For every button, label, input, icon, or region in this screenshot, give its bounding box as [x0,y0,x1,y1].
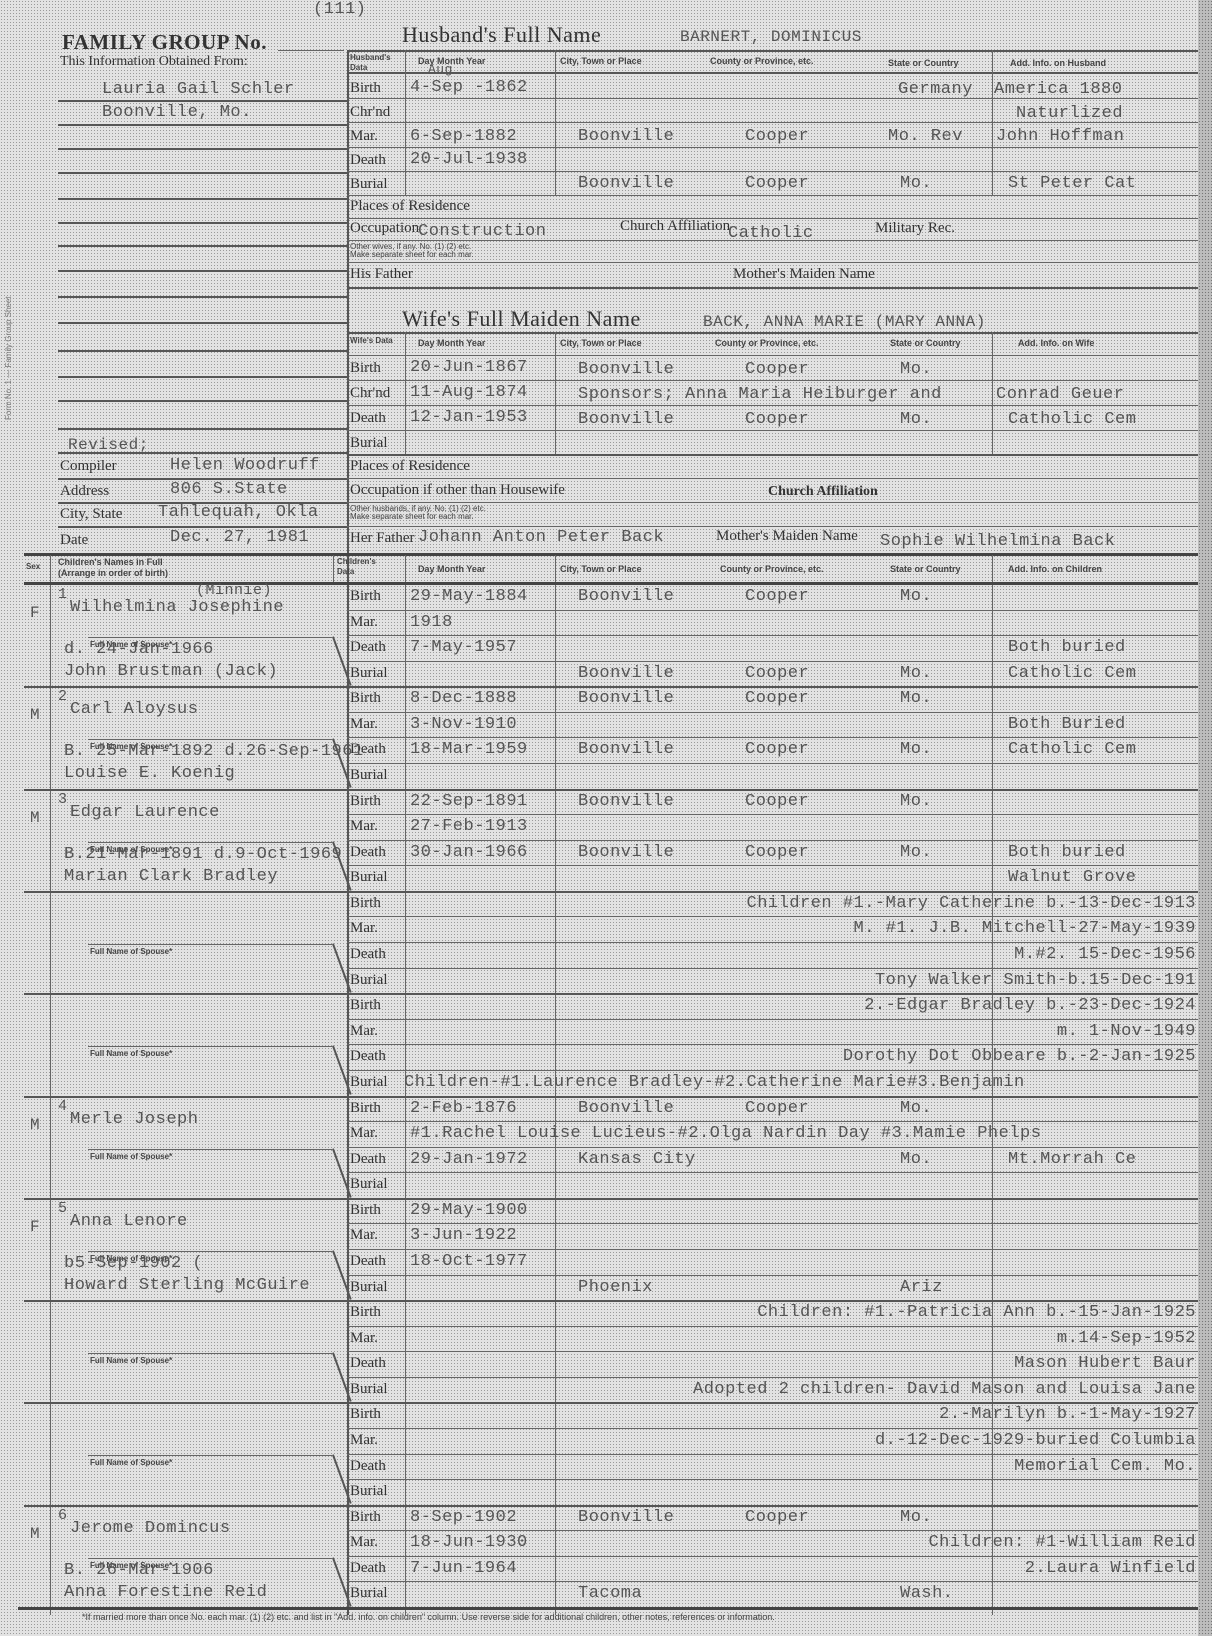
husband-chr-info: Naturlized [1016,104,1123,123]
child-number: 2 [58,688,68,705]
children-county-header: County or Province, etc. [720,564,824,574]
date-label: Date [60,532,88,549]
child-event-label: Burial [350,1381,388,1398]
child-event-city: Boonville [578,1508,674,1527]
printer-note: Form No. 1 — Family Group Sheet [4,230,13,420]
child-spouse-note: B. 25-Mar-1892 d.26-Sep-1961 [64,742,364,761]
child-notes-line: m. 1-Nov-1949 [1057,1022,1196,1041]
child-notes-line: Children: #1.-Patricia Ann b.-15-Jan-192… [757,1303,1196,1322]
child-spouse-name: Marian Clark Bradley [64,867,278,886]
wife-birth-county: Cooper [745,360,809,379]
child-event-city: Phoenix [578,1278,653,1297]
county-header: County or Province, etc. [710,56,814,66]
child-event-label: Mar. [350,1330,378,1347]
children-date-header: Day Month Year [418,564,485,574]
child-event-county: Cooper [745,587,809,606]
child-event-label: Birth [350,895,381,912]
child-event-label: Mar. [350,614,378,631]
husband-burial-county: Cooper [745,174,809,193]
child-event-state: Ariz [900,1278,943,1297]
husband-burial-city: Boonville [578,174,674,193]
child-spouse-name: Howard Sterling McGuire [64,1276,310,1295]
husband-occupation-label: Occupation [350,220,419,237]
child-number: 1 [58,586,68,603]
child-marriage-notes: #1.Rachel Louise Lucieus-#2.Olga Nardin … [410,1124,1041,1143]
child-event-city: Boonville [578,689,674,708]
child-event-city: Boonville [578,664,674,683]
children-names-header: Children's Names in Full [58,557,163,567]
child-name: Merle Joseph [70,1110,198,1129]
child-event-city: Tacoma [578,1584,642,1603]
child-spouse-name: John Brustman (Jack) [64,662,278,681]
wife-name-label: Wife's Full Maiden Name [402,306,641,332]
wife-county-header: County or Province, etc. [715,338,819,348]
spouse-label: Full Name of Spouse* [90,1458,172,1467]
info-source-line-2: Boonville, Mo. [102,103,252,122]
child-event-label: Death [350,1458,386,1475]
child-event-date: 30-Jan-1966 [410,843,528,862]
husband-burial-info: St Peter Cat [1008,174,1136,193]
children-names-sub-header: (Arrange in order of birth) [58,568,168,578]
child-event-date: 3-Nov-1910 [410,715,517,734]
child-event-label: Burial [350,869,388,886]
child-event-county: Cooper [745,843,809,862]
child-event-county: Cooper [745,689,809,708]
child-notes-line: Mason Hubert Baur [1014,1354,1196,1373]
wife-death-city: Boonville [578,410,674,429]
child-notes-line: 2.-Marilyn b.-1-May-1927 [939,1405,1196,1424]
child-event-info: Walnut Grove [1008,868,1136,887]
child-event-label: Burial [350,1483,388,1500]
child-notes-line: Tony Walker Smith-b.15-Dec-191 [875,971,1196,990]
state-header: State or Country [888,58,959,68]
compiler-address: 806 S.State [170,480,288,499]
child-event-label: Death [350,1355,386,1372]
child-notes-line: Children #1.-Mary Catherine b.-13-Dec-19… [747,894,1196,913]
child-event-label: Death [350,1048,386,1065]
child-event-info: Both buried [1008,843,1126,862]
child-event-state: Mo. [900,792,932,811]
child-event-date: 27-Feb-1913 [410,817,528,836]
wife-chr-label: Chr'nd [350,385,390,402]
husband-mar-date: 6-Sep-1882 [410,127,517,146]
child-event-city: Kansas City [578,1150,696,1169]
child-event-state: Mo. [900,843,932,862]
compiler-city: Tahlequah, Okla [158,503,319,522]
spouse-label: Full Name of Spouse* [90,947,172,956]
wife-chr-sponsors: Sponsors; Anna Maria Heiburger and [578,385,942,404]
child-event-date: 18-Jun-1930 [410,1533,528,1552]
child-event-label: Birth [350,588,381,605]
child-event-label: Mar. [350,1432,378,1449]
child-event-label: Death [350,639,386,656]
child-sex: M [30,1525,40,1543]
child-sex: F [30,604,40,622]
husband-birth-date-note: Aug [428,62,453,77]
child-spouse-note: b5-Sep-1902 ( [64,1254,203,1273]
child-notes-line: M.#2. 15-Dec-1956 [1014,945,1196,964]
child-event-date: 7-Jun-1964 [410,1559,517,1578]
wife-chr-date: 11-Aug-1874 [410,383,528,402]
other-husbands-sub: Make separate sheet for each mar. [350,512,474,521]
child-event-label: Death [350,844,386,861]
husband-mar-state: Mo. Rev [888,127,963,146]
wife-burial-label: Burial [350,435,388,452]
child-event-city: Boonville [578,843,674,862]
his-father-label: His Father [350,266,413,283]
child-event-city: Boonville [578,1099,674,1118]
her-mother: Sophie Wilhelmina Back [880,532,1115,551]
child-notes-line: Children: #1-William Reid [928,1533,1196,1552]
child-name: Jerome Domincus [70,1519,231,1538]
wife-death-info: Catholic Cem [1008,410,1136,429]
wife-city-header: City, Town or Place [560,338,642,348]
wife-birth-city: Boonville [578,360,674,379]
child-event-date: 1918 [410,613,453,632]
child-event-state: Mo. [900,1508,932,1527]
husband-name: BARNERT, DOMINICUS [680,28,862,46]
revised-label: Revised; [68,436,149,454]
wife-state-header: State or Country [890,338,961,348]
child-notes-line: 2.-Edgar Bradley b.-23-Dec-1924 [864,996,1196,1015]
husband-birth-state: Germany [898,80,973,99]
child-event-date: 29-May-1900 [410,1201,528,1220]
wife-death-state: Mo. [900,410,932,429]
child-notes-line: Children-#1.Laurence Bradley-#2.Catherin… [404,1073,1025,1092]
his-mother-label: Mother's Maiden Name [733,266,875,283]
child-sex: M [30,809,40,827]
address-label: Address [60,483,109,500]
husband-mar-city: Boonville [578,127,674,146]
husband-name-label: Husband's Full Name [402,22,601,48]
child-notes-line: d.-12-Dec-1929-buried Columbia [875,1431,1196,1450]
child-event-state: Wash. [900,1584,954,1603]
husband-occupation: Construction [418,222,546,241]
child-event-label: Death [350,1560,386,1577]
child-event-date: 8-Sep-1902 [410,1508,517,1527]
child-event-date: 2-Feb-1876 [410,1099,517,1118]
child-event-label: Mar. [350,1023,378,1040]
wife-birth-state: Mo. [900,360,932,379]
child-event-label: Mar. [350,818,378,835]
child-event-info: Mt.Morrah Ce [1008,1150,1136,1169]
child-event-date: 22-Sep-1891 [410,792,528,811]
info-source-line-1: Lauria Gail Schler [102,80,295,99]
wife-birth-date: 20-Jun-1867 [410,358,528,377]
spouse-label: Full Name of Spouse* [90,1356,172,1365]
family-group-label: FAMILY GROUP No. [62,30,267,55]
child-event-info: Catholic Cem [1008,664,1136,683]
child-spouse-note: B. 26-Mar-1906 [64,1561,214,1580]
child-event-label: Death [350,1253,386,1270]
child-spouse-note: d. 24-Jan-1966 [64,640,214,659]
child-event-city: Boonville [578,587,674,606]
child-event-label: Birth [350,793,381,810]
child-event-label: Burial [350,1279,388,1296]
info-obtained-label: This Information Obtained From: [60,54,248,70]
child-event-county: Cooper [745,664,809,683]
child-name: Wilhelmina Josephine [70,598,284,617]
add-info-children-header: Add. Info. on Children [1008,564,1102,574]
child-event-label: Mar. [350,1227,378,1244]
compiler-name: Helen Woodruff [170,456,320,475]
child-name: Carl Aloysus [70,700,198,719]
child-event-county: Cooper [745,1508,809,1527]
compiler-date: Dec. 27, 1981 [170,528,309,547]
husband-burial-label: Burial [350,176,388,193]
wife-church-label: Church Affiliation [768,484,878,500]
child-notes-line: M. #1. J.B. Mitchell-27-May-1939 [854,919,1196,938]
child-number: 3 [58,791,68,808]
military-record-label: Military Rec. [875,220,955,237]
husband-residence-label: Places of Residence [350,198,470,215]
husband-burial-state: Mo. [900,174,932,193]
child-notes-line: Adopted 2 children- David Mason and Loui… [693,1380,1196,1399]
child-event-date: 29-May-1884 [410,587,528,606]
child-event-label: Death [350,946,386,963]
wife-death-label: Death [350,410,386,427]
child-event-label: Mar. [350,1534,378,1551]
child-spouse-note: B.21-Mar-1891 d.9-Oct-1969 [64,845,342,864]
child-sex: F [30,1218,40,1236]
spouse-label: Full Name of Spouse* [90,1152,172,1161]
church-affiliation-label: Church Affiliation [620,218,730,235]
wife-death-date: 12-Jan-1953 [410,408,528,427]
child-sex: M [30,706,40,724]
child-event-state: Mo. [900,587,932,606]
husband-mar-county: Cooper [745,127,809,146]
child-event-label: Birth [350,1509,381,1526]
child-event-state: Mo. [900,740,932,759]
compiler-label: Compiler [60,458,117,475]
child-event-county: Cooper [745,1099,809,1118]
children-state-header: State or Country [890,564,961,574]
husband-death-date: 20-Jul-1938 [410,150,528,169]
child-number: 4 [58,1098,68,1115]
child-event-label: Burial [350,1585,388,1602]
child-event-state: Mo. [900,1099,932,1118]
child-event-info: Catholic Cem [1008,740,1136,759]
husband-mar-info: John Hoffman [996,127,1124,146]
footnote: *If married more than once No. each mar.… [82,1613,1192,1622]
child-number: 5 [58,1200,68,1217]
wife-death-county: Cooper [745,410,809,429]
wife-birth-label: Birth [350,360,381,377]
child-event-state: Mo. [900,664,932,683]
child-event-label: Mar. [350,716,378,733]
child-name: Anna Lenore [70,1212,188,1231]
wife-date-header: Day Month Year [418,338,485,348]
child-sex: M [30,1116,40,1134]
city-state-label: City, State [60,506,122,523]
her-father: Johann Anton Peter Back [418,528,664,547]
husband-chr-label: Chr'nd [350,104,390,121]
wife-residence-label: Places of Residence [350,458,470,475]
child-event-label: Birth [350,997,381,1014]
child-event-city: Boonville [578,792,674,811]
child-event-label: Burial [350,972,388,989]
child-event-date: 3-Jun-1922 [410,1226,517,1245]
child-event-date: 18-Oct-1977 [410,1252,528,1271]
child-event-city: Boonville [578,740,674,759]
city-header: City, Town or Place [560,56,642,66]
child-spouse-name: Anna Forestine Reid [64,1583,267,1602]
husband-mar-label: Mar. [350,128,378,145]
child-event-state: Mo. [900,689,932,708]
child-event-date: 29-Jan-1972 [410,1150,528,1169]
child-number: 6 [58,1507,68,1524]
add-info-wife-header: Add. Info. on Wife [1018,338,1094,348]
husband-birth-date: 4-Sep -1862 [410,78,528,97]
child-event-label: Birth [350,690,381,707]
child-notes-line: 2.Laura Winfield [1025,1559,1196,1578]
page-edge [1198,0,1212,1636]
child-event-county: Cooper [745,792,809,811]
wife-data-header: Wife's Data [350,336,400,346]
wife-occupation-label: Occupation if other than Housewife [350,482,565,499]
child-event-label: Burial [350,1074,388,1091]
her-father-label: Her Father [350,530,415,547]
children-city-header: City, Town or Place [560,564,642,574]
child-event-info: Both Buried [1008,715,1126,734]
child-event-label: Burial [350,665,388,682]
sex-header: Sex [26,562,40,572]
husband-data-header: Husband's Data [350,53,405,73]
child-event-label: Birth [350,1406,381,1423]
child-notes-line: Dorothy Dot Obbeare b.-2-Jan-1925 [843,1047,1196,1066]
child-event-info: Both buried [1008,638,1126,657]
other-wives-sub: Make separate sheet for each mar. [350,250,474,259]
child-spouse-name: Louise E. Koenig [64,764,235,783]
child-event-date: 18-Mar-1959 [410,740,528,759]
husband-birth-label: Birth [350,80,381,97]
child-nickname: (Minnie) [196,582,272,599]
child-event-label: Birth [350,1100,381,1117]
child-event-label: Mar. [350,920,378,937]
child-event-label: Death [350,1151,386,1168]
husband-birth-info: America 1880 [994,80,1122,99]
child-event-date: 7-May-1957 [410,638,517,657]
child-event-label: Birth [350,1304,381,1321]
child-event-date: 8-Dec-1888 [410,689,517,708]
her-mother-label: Mother's Maiden Name [716,528,858,545]
child-event-state: Mo. [900,1150,932,1169]
child-event-label: Burial [350,1176,388,1193]
child-event-label: Birth [350,1202,381,1219]
children-data-header: Children's Data [337,557,392,577]
wife-chr-info: Conrad Geuer [996,385,1124,404]
child-notes-line: Memorial Cem. Mo. [1014,1457,1196,1476]
husband-death-label: Death [350,152,386,169]
family-group-number: (111) [313,0,367,19]
wife-name: BACK, ANNA MARIE (MARY ANNA) [703,313,986,331]
add-info-husband-header: Add. Info. on Husband [1010,58,1106,68]
child-event-county: Cooper [745,740,809,759]
spouse-label: Full Name of Spouse* [90,1049,172,1058]
child-name: Edgar Laurence [70,803,220,822]
child-event-label: Burial [350,767,388,784]
child-event-label: Mar. [350,1125,378,1142]
child-notes-line: m.14-Sep-1952 [1057,1329,1196,1348]
